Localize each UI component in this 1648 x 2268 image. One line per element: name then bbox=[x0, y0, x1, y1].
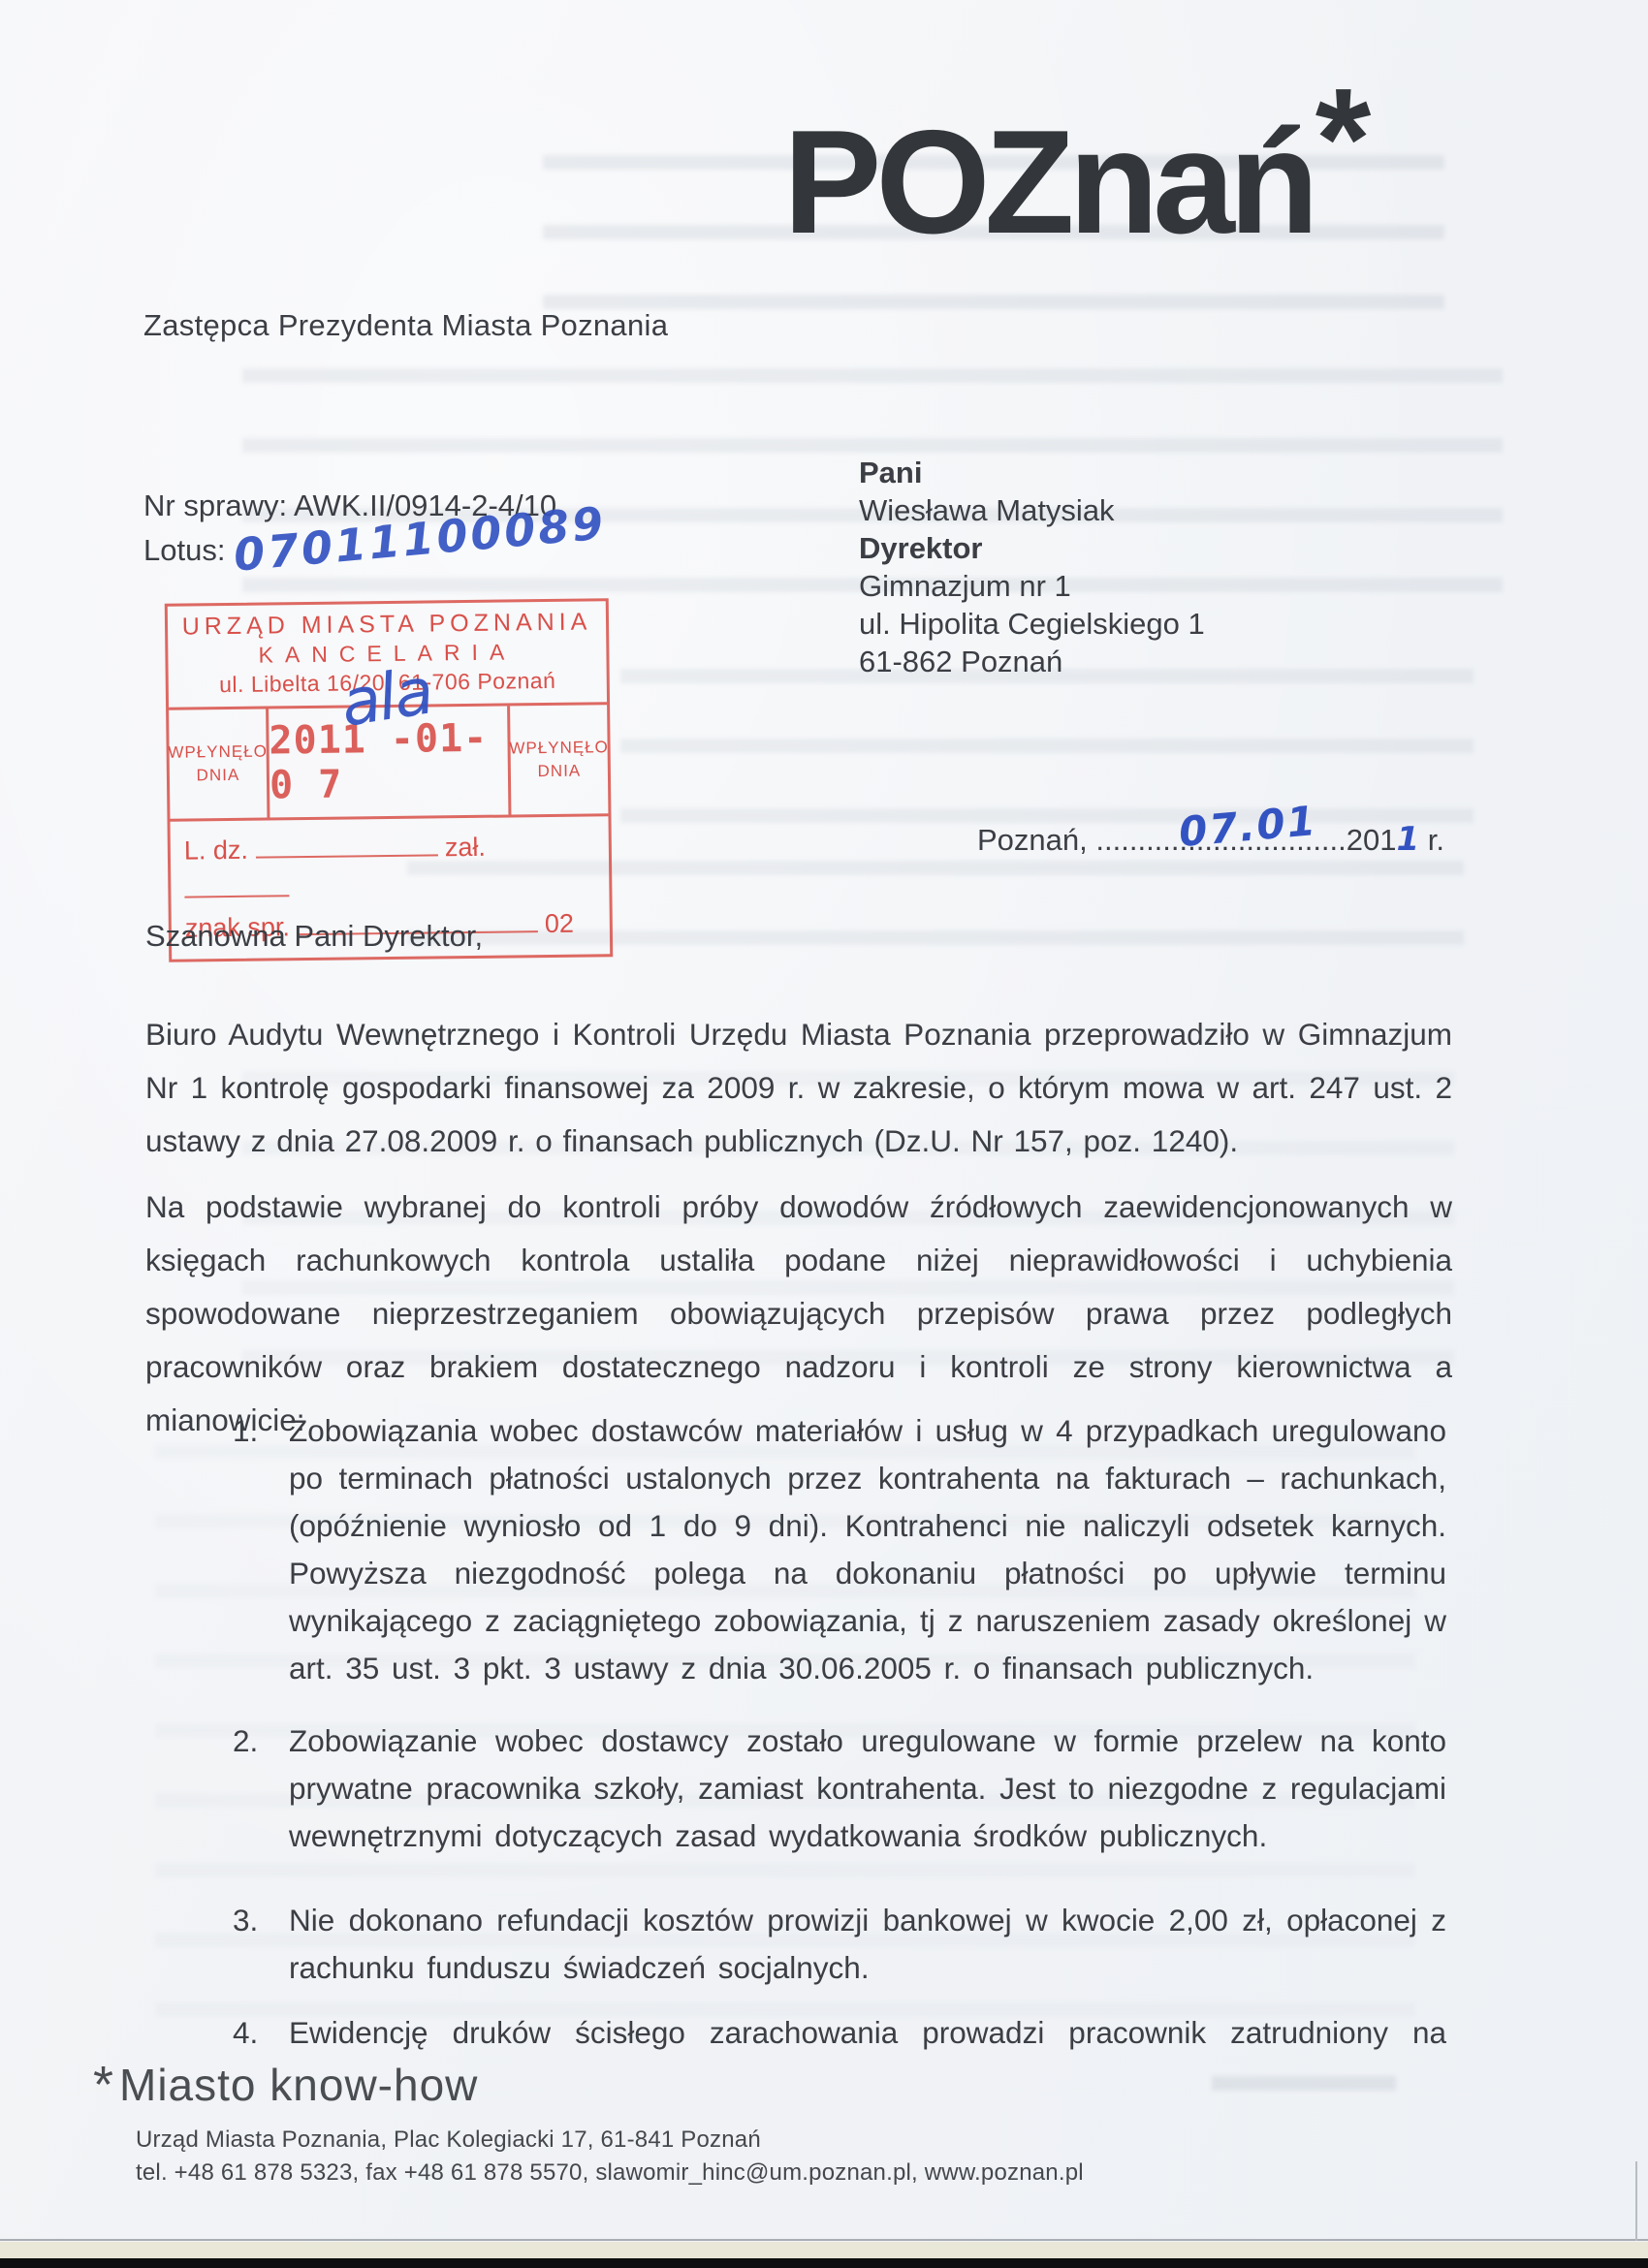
asterisk-icon: * bbox=[93, 2059, 113, 2111]
list-item: 3. Nie dokonano refundacji kosztów prowi… bbox=[233, 1897, 1446, 1992]
dateline: Poznań, ..............................20… bbox=[977, 820, 1444, 859]
lotus-label: Lotus: bbox=[143, 533, 225, 567]
stamp-blank-line bbox=[184, 871, 289, 898]
recipient-title: Dyrektor bbox=[859, 529, 1205, 567]
stamp-received-word: WPŁYNĘŁO bbox=[509, 736, 609, 760]
stamp-received-dnia: DNIA bbox=[196, 764, 239, 788]
paper-edge bbox=[0, 2239, 1648, 2241]
recipient-city: 61-862 Poznań bbox=[859, 643, 1205, 680]
paragraph-1: Biuro Audytu Wewnętrznego i Kontroli Urz… bbox=[145, 1008, 1452, 1168]
lotus-line: Lotus: 07011100089 bbox=[143, 525, 607, 570]
recipient-street: ul. Hipolita Cegielskiego 1 bbox=[859, 605, 1205, 643]
recipient-block: Pani Wiesława Matysiak Dyrektor Gimnazju… bbox=[859, 454, 1205, 680]
list-item-number: 2. bbox=[233, 1717, 289, 1860]
dateline-year-handwritten: 1 bbox=[1397, 820, 1420, 859]
stamp-received-left: WPŁYNĘŁO DNIA bbox=[169, 709, 269, 819]
asterisk-icon: * bbox=[1315, 68, 1372, 211]
list-item: 1. Zobowiązania wobec dostawców materiał… bbox=[233, 1407, 1446, 1692]
miasto-knowhow-logo: * Miasto know-how bbox=[93, 2063, 478, 2115]
recipient-salutation: Pani bbox=[859, 454, 1205, 491]
list-item-number: 3. bbox=[233, 1897, 289, 1992]
sender-title: Zastępca Prezydenta Miasta Poznania bbox=[143, 308, 668, 343]
bleedthrough-decoration bbox=[1212, 2076, 1396, 2109]
recipient-institution: Gimnazjum nr 1 bbox=[859, 567, 1205, 605]
list-item-text: Zobowiązanie wobec dostawcy zostało ureg… bbox=[289, 1717, 1446, 1860]
stamp-ldz-line: L. dz. zał. bbox=[184, 826, 596, 908]
poznan-logo: POZnań * bbox=[783, 109, 1371, 256]
list-item: 2. Zobowiązanie wobec dostawcy zostało u… bbox=[233, 1717, 1446, 1860]
paper-edge-right bbox=[1635, 2161, 1637, 2241]
miasto-knowhow-text: Miasto know-how bbox=[119, 2063, 478, 2107]
list-item-text: Ewidencję druków ścisłego zarachowania p… bbox=[289, 2009, 1446, 2057]
bleedthrough-decoration bbox=[620, 669, 1474, 834]
list-item-number: 4. bbox=[233, 2009, 289, 2057]
stamp-office: URZĄD MIASTA POZNANIA bbox=[172, 607, 602, 641]
dateline-city: Poznań, bbox=[977, 823, 1088, 857]
list-item-text: Zobowiązania wobec dostawców materiałów … bbox=[289, 1407, 1446, 1692]
list-item: 4. Ewidencję druków ścisłego zarachowani… bbox=[233, 2009, 1446, 2057]
stamp-handwritten-initials: ala bbox=[336, 653, 437, 740]
stamp-received-right: WPŁYNĘŁO DNIA bbox=[507, 705, 608, 814]
stamp-received-dnia: DNIA bbox=[537, 760, 581, 784]
stamp-blank-line bbox=[255, 831, 437, 859]
list-item-number: 1. bbox=[233, 1407, 289, 1692]
footer-address: Urząd Miasta Poznania, Plac Kolegiacki 1… bbox=[136, 2126, 761, 2154]
list-item-text: Nie dokonano refundacji kosztów prowizji… bbox=[289, 1897, 1446, 1992]
registry-stamp: URZĄD MIASTA POZNANIA KANCELARIA ul. Lib… bbox=[165, 598, 613, 962]
footer-contact: tel. +48 61 878 5323, fax +48 61 878 557… bbox=[136, 2159, 1084, 2187]
scanner-black-strip bbox=[0, 2258, 1648, 2268]
dateline-suffix: r. bbox=[1419, 823, 1444, 857]
scanner-background-strip bbox=[0, 2242, 1648, 2258]
reference-block: Nr sprawy: AWK.II/0914-2-4/10 Lotus: 070… bbox=[143, 487, 607, 570]
recipient-name: Wiesława Matysiak bbox=[859, 491, 1205, 529]
letter-salutation: Szanowna Pani Dyrektor, bbox=[145, 919, 483, 954]
stamp-suffix-number: 02 bbox=[545, 909, 574, 938]
findings-list: 1. Zobowiązania wobec dostawców materiał… bbox=[233, 1407, 1446, 2057]
stamp-ldz-label: L. dz. bbox=[184, 835, 248, 866]
scanned-letter-page: POZnań * Zastępca Prezydenta Miasta Pozn… bbox=[0, 0, 1648, 2268]
stamp-zal-label: zał. bbox=[445, 833, 486, 863]
dateline-year: 201 bbox=[1347, 823, 1397, 857]
stamp-received-word: WPŁYNĘŁO bbox=[168, 740, 268, 765]
poznan-logo-text: POZnań bbox=[783, 109, 1314, 256]
